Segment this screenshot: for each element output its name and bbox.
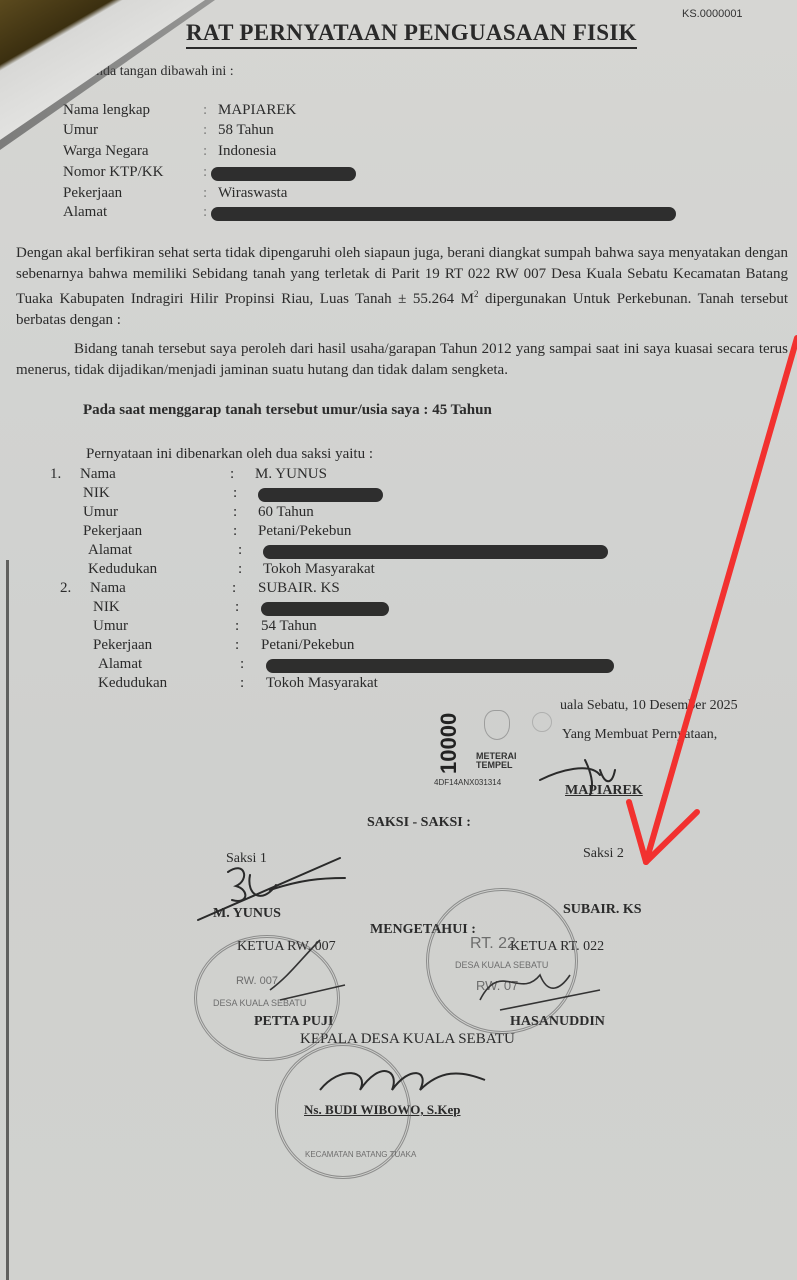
redacted-value [263,545,608,559]
field-colon: : [233,504,237,521]
field-label: NIK [93,599,120,616]
field-value: MAPIAREK [218,102,296,119]
statement-paragraph-1: Dengan akal berfikiran sehat serta tidak… [16,243,788,330]
field-value: Tokoh Masyarakat [263,561,375,578]
document-page: KS.0000001 RAT PERNYATAAN PENGUASAAN FIS… [0,0,797,1280]
field-label: Pekerjaan [83,523,142,540]
field-label: Umur [93,618,128,635]
field-colon: : [240,675,244,692]
field-colon: : [240,656,244,673]
redacted-value [266,659,614,673]
field-label: Nama [80,466,116,483]
field-label: Nomor KTP/KK [63,164,163,181]
field-colon: : [235,637,239,654]
document-title: RAT PERNYATAAN PENGUASAAN FISIK [186,20,637,49]
witness-1-name: M. YUNUS [213,906,281,922]
field-value: 60 Tahun [258,504,314,521]
redacted-value [211,207,676,221]
field-colon: : [203,164,207,181]
field-colon: : [203,122,207,139]
meterai-label: METERAI TEMPEL [476,752,517,770]
witness-2-name: SUBAIR. KS [563,902,642,918]
field-label: Alamat [88,542,132,559]
field-label: Alamat [63,204,107,221]
field-value: Wiraswasta [218,185,287,202]
witness-2-label: Saksi 2 [583,846,624,862]
field-colon: : [203,143,207,160]
field-label: Umur [63,122,98,139]
red-arrow-annotation [629,338,797,862]
meterai-stamp: 10000 METERAI TEMPEL 4DF14ANX031314 [432,700,542,780]
redacted-value [261,602,389,616]
witness-intro: Pernyataan ini dibenarkan oleh dua saksi… [86,446,373,463]
redacted-value [211,167,356,181]
statement-paragraph-2: Bidang tanah tersebut saya peroleh dari … [16,339,788,380]
declarant-name: MAPIAREK [565,783,643,799]
document-number: KS.0000001 [682,8,743,20]
meterai-value: 10000 [436,704,462,774]
village-stamp-bottom: KECAMATAN BATANG TUAKA [305,1150,416,1159]
field-colon: : [230,466,234,483]
field-colon: : [203,185,207,202]
rt-stamp-band: DESA KUALA SEBATU [455,960,548,970]
field-label: Pekerjaan [93,637,152,654]
rw-stamp-middle: RW. 007 [236,975,278,987]
field-value: Petani/Pekebun [258,523,351,540]
field-label: Nama lengkap [63,102,150,119]
field-colon: : [203,204,207,221]
field-label: Kedudukan [88,561,157,578]
field-label: Alamat [98,656,142,673]
field-colon: : [233,523,237,540]
field-colon: : [235,618,239,635]
field-colon: : [203,102,207,119]
field-label: NIK [83,485,110,502]
age-label: Pada saat menggarap tanah tersebut umur/… [83,402,428,418]
field-colon: : [235,599,239,616]
witness-number: 1. [50,466,61,483]
meterai-serial: 4DF14ANX031314 [434,778,501,787]
field-colon: : [232,580,236,597]
age-at-cultivation: Pada saat menggarap tanah tersebut umur/… [83,402,492,419]
rw-stamp-band: DESA KUALA SEBATU [213,998,306,1008]
field-label: Kedudukan [98,675,167,692]
field-value: 58 Tahun [218,122,274,139]
rt-stamp-rw: RW. 07 [476,978,518,993]
field-label: Warga Negara [63,143,149,160]
seal-emblem-icon [532,712,552,732]
declarant-role: Yang Membuat Pernyataan, [562,727,717,743]
page-edge-shadow [6,560,9,1280]
witness-number: 2. [60,580,71,597]
place-date: uala Sebatu, 10 Desember 2025 [560,698,738,714]
witnesses-heading: SAKSI - SAKSI : [367,815,471,831]
redacted-value [258,488,383,502]
field-value: Petani/Pekebun [261,637,354,654]
field-value: M. YUNUS [255,466,327,483]
witness-1-label: Saksi 1 [226,851,267,867]
field-label: Umur [83,504,118,521]
rt-stamp-middle: RT. 22 [470,935,516,953]
age-value: 45 Tahun [432,402,492,418]
field-colon: : [238,542,242,559]
area-unit: M2 [461,291,479,307]
garuda-emblem-icon [484,710,510,740]
field-label: Pekerjaan [63,185,122,202]
field-label: Nama [90,580,126,597]
field-value: Tokoh Masyarakat [266,675,378,692]
field-value: Indonesia [218,143,276,160]
field-value: 54 Tahun [261,618,317,635]
field-colon: : [238,561,242,578]
field-colon: : [233,485,237,502]
field-value: SUBAIR. KS [258,580,340,597]
